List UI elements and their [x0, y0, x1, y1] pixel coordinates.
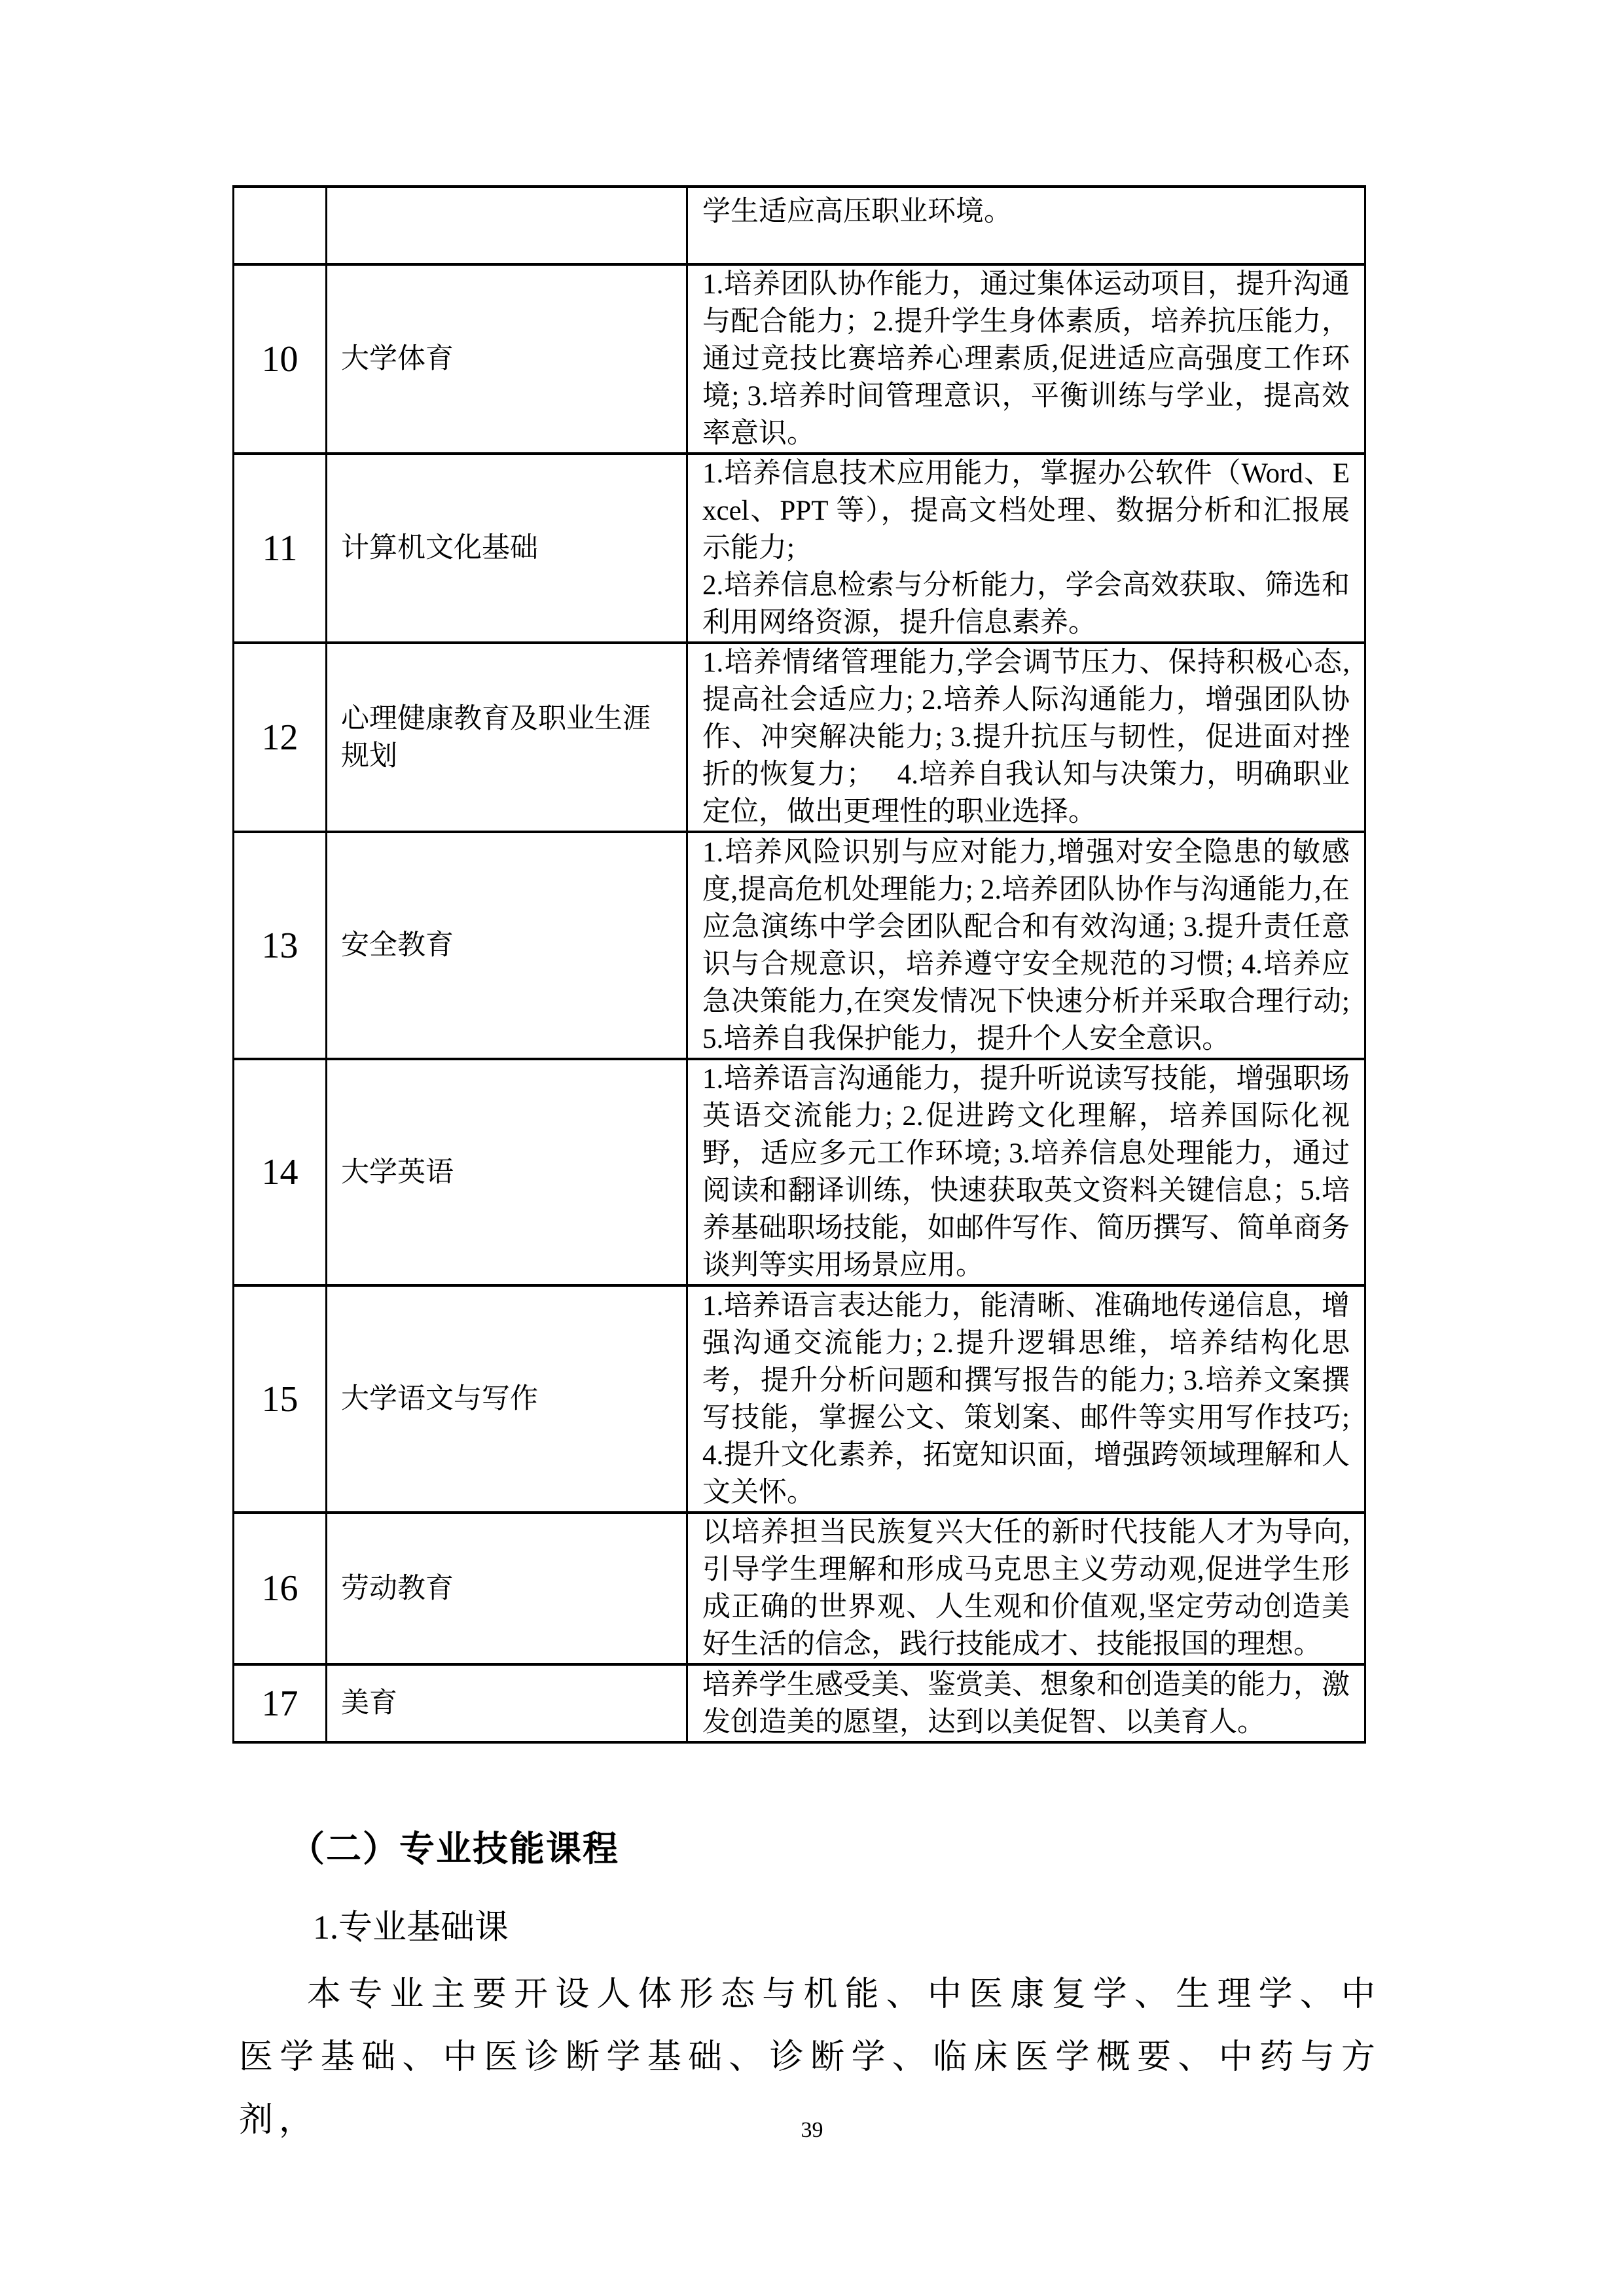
course-table-body: 学生适应高压职业环境。10大学体育1.培养团队协作能力，通过集体运动项目，提升沟… — [234, 187, 1365, 1742]
section-heading: （二）专业技能课程 — [289, 1821, 619, 1871]
course-objective-cell: 1.培养风险识别与应对能力,增强对安全隐患的敏感度,提高危机处理能力; 2.培养… — [687, 832, 1365, 1059]
row-number-cell — [234, 187, 327, 264]
course-objective-cell: 1.培养信息技术应用能力，掌握办公软件（Word、Excel、PPT 等），提高… — [687, 454, 1365, 643]
table-row: 学生适应高压职业环境。 — [234, 187, 1365, 264]
course-objectives-table: 学生适应高压职业环境。10大学体育1.培养团队协作能力，通过集体运动项目，提升沟… — [232, 185, 1366, 1744]
course-objective-cell: 学生适应高压职业环境。 — [687, 187, 1365, 264]
course-objective-cell: 1.培养语言沟通能力，提升听说读写技能，增强职场英语交流能力; 2.促进跨文化理… — [687, 1059, 1365, 1285]
row-number-cell: 13 — [234, 832, 327, 1059]
row-number-cell: 15 — [234, 1285, 327, 1513]
table-row: 17美育培养学生感受美、鉴赏美、想象和创造美的能力，激发创造美的愿望，达到以美促… — [234, 1664, 1365, 1742]
document-page: 学生适应高压职业环境。10大学体育1.培养团队协作能力，通过集体运动项目，提升沟… — [0, 0, 1624, 2296]
table-row: 13安全教育1.培养风险识别与应对能力,增强对安全隐患的敏感度,提高危机处理能力… — [234, 832, 1365, 1059]
course-name-cell: 大学体育 — [327, 264, 687, 454]
row-number-cell: 10 — [234, 264, 327, 454]
row-number-cell: 17 — [234, 1664, 327, 1742]
course-objective-cell: 以培养担当民族复兴大任的新时代技能人才为导向,引导学生理解和形成马克思主义劳动观… — [687, 1513, 1365, 1664]
course-name-cell: 心理健康教育及职业生涯规划 — [327, 643, 687, 832]
table-row: 10大学体育1.培养团队协作能力，通过集体运动项目，提升沟通与配合能力；2.提升… — [234, 264, 1365, 454]
table-row: 14大学英语1.培养语言沟通能力，提升听说读写技能，增强职场英语交流能力; 2.… — [234, 1059, 1365, 1285]
course-objective-cell: 1.培养情绪管理能力,学会调节压力、保持积极心态,提高社会适应力; 2.培养人际… — [687, 643, 1365, 832]
subsection-heading: 1.专业基础课 — [313, 1899, 509, 1948]
table-row: 15大学语文与写作1.培养语言表达能力，能清晰、准确地传递信息，增强沟通交流能力… — [234, 1285, 1365, 1513]
course-name-cell: 大学语文与写作 — [327, 1285, 687, 1513]
page-number: 39 — [0, 2118, 1624, 2143]
row-number-cell: 11 — [234, 454, 327, 643]
row-number-cell: 12 — [234, 643, 327, 832]
table-row: 11计算机文化基础1.培养信息技术应用能力，掌握办公软件（Word、Excel、… — [234, 454, 1365, 643]
course-name-cell — [327, 187, 687, 264]
row-number-cell: 16 — [234, 1513, 327, 1664]
table-row: 16劳动教育以培养担当民族复兴大任的新时代技能人才为导向,引导学生理解和形成马克… — [234, 1513, 1365, 1664]
course-name-cell: 大学英语 — [327, 1059, 687, 1285]
course-name-cell: 劳动教育 — [327, 1513, 687, 1664]
course-name-cell: 美育 — [327, 1664, 687, 1742]
row-number-cell: 14 — [234, 1059, 327, 1285]
course-objective-cell: 1.培养团队协作能力，通过集体运动项目，提升沟通与配合能力；2.提升学生身体素质… — [687, 264, 1365, 454]
table-row: 12心理健康教育及职业生涯规划1.培养情绪管理能力,学会调节压力、保持积极心态,… — [234, 643, 1365, 832]
course-objective-cell: 培养学生感受美、鉴赏美、想象和创造美的能力，激发创造美的愿望，达到以美促智、以美… — [687, 1664, 1365, 1742]
course-objective-cell: 1.培养语言表达能力，能清晰、准确地传递信息，增强沟通交流能力; 2.提升逻辑思… — [687, 1285, 1365, 1513]
course-name-cell: 安全教育 — [327, 832, 687, 1059]
course-name-cell: 计算机文化基础 — [327, 454, 687, 643]
